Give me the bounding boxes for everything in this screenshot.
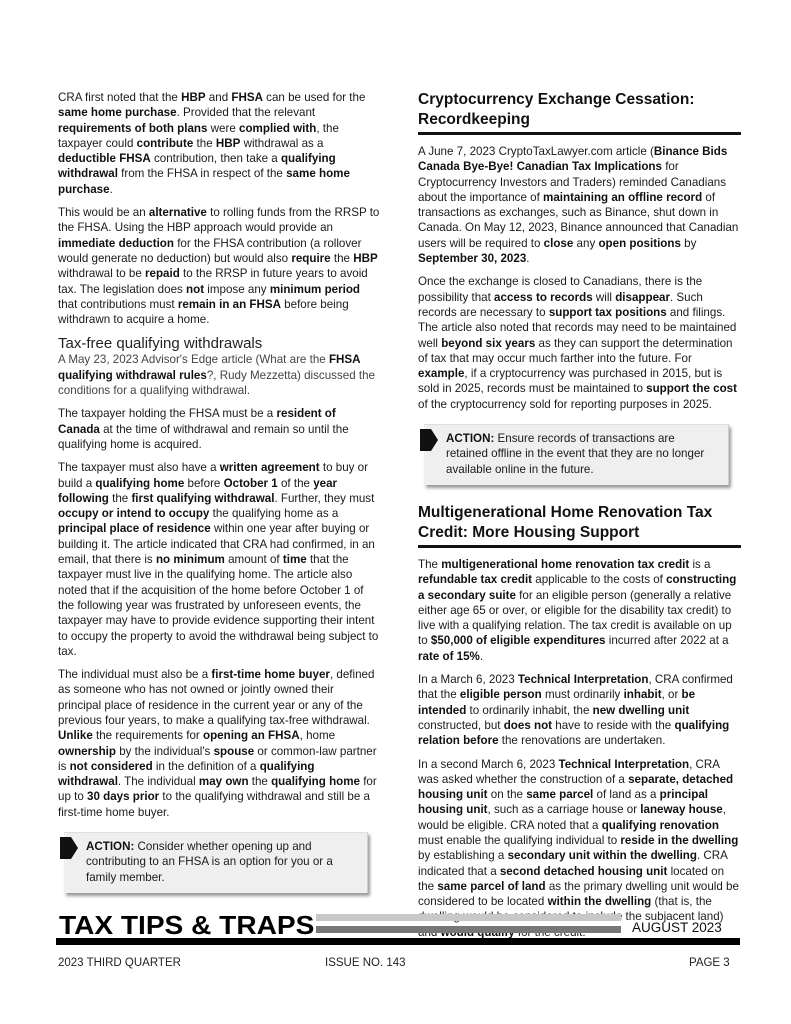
issue-number: ISSUE NO. 143: [325, 957, 406, 969]
section-heading-multigenerational: Multigenerational Home Renovation Tax Cr…: [418, 503, 741, 548]
left-column: CRA first noted that the HBP and FHSA ca…: [58, 90, 380, 907]
paragraph: This would be an alternative to rolling …: [58, 205, 380, 327]
subheading-tax-free-withdrawals: Tax-free qualifying withdrawals: [58, 335, 380, 352]
paragraph: In a second March 6, 2023 Technical Inte…: [418, 757, 741, 941]
page-number: PAGE 3: [689, 957, 730, 969]
decorative-bar-dark: [316, 926, 621, 933]
action-callout-fhsa: ACTION: Consider whether opening up and …: [64, 832, 368, 893]
section-heading-crypto: Cryptocurrency Exchange Cessation: Recor…: [418, 90, 741, 135]
subheading-intro: A May 23, 2023 Advisor's Edge article (W…: [58, 352, 380, 398]
action-label: ACTION:: [446, 432, 494, 445]
arrow-pointer-icon: [420, 429, 438, 451]
action-callout-crypto: ACTION: Ensure records of transactions a…: [424, 424, 729, 485]
action-label: ACTION:: [86, 840, 134, 853]
paragraph: The taxpayer holding the FHSA must be a …: [58, 406, 380, 452]
paragraph: The multigenerational home renovation ta…: [418, 557, 741, 664]
footer-rule: [56, 938, 740, 945]
arrow-pointer-icon: [60, 837, 78, 859]
quarter-label: 2023 THIRD QUARTER: [58, 957, 181, 969]
paragraph: The taxpayer must also have a written ag…: [58, 460, 380, 659]
right-column: Cryptocurrency Exchange Cessation: Recor…: [418, 90, 741, 948]
paragraph: A June 7, 2023 CryptoTaxLawyer.com artic…: [418, 144, 741, 266]
paragraph: The individual must also be a first-time…: [58, 667, 380, 820]
paragraph: CRA first noted that the HBP and FHSA ca…: [58, 90, 380, 197]
newsletter-title: TAX TIPS & TRAPS: [59, 910, 314, 941]
paragraph: Once the exchange is closed to Canadians…: [418, 274, 741, 412]
issue-date: AUGUST 2023: [632, 920, 722, 935]
decorative-bar-light: [316, 914, 621, 921]
paragraph: In a March 6, 2023 Technical Interpretat…: [418, 672, 741, 748]
